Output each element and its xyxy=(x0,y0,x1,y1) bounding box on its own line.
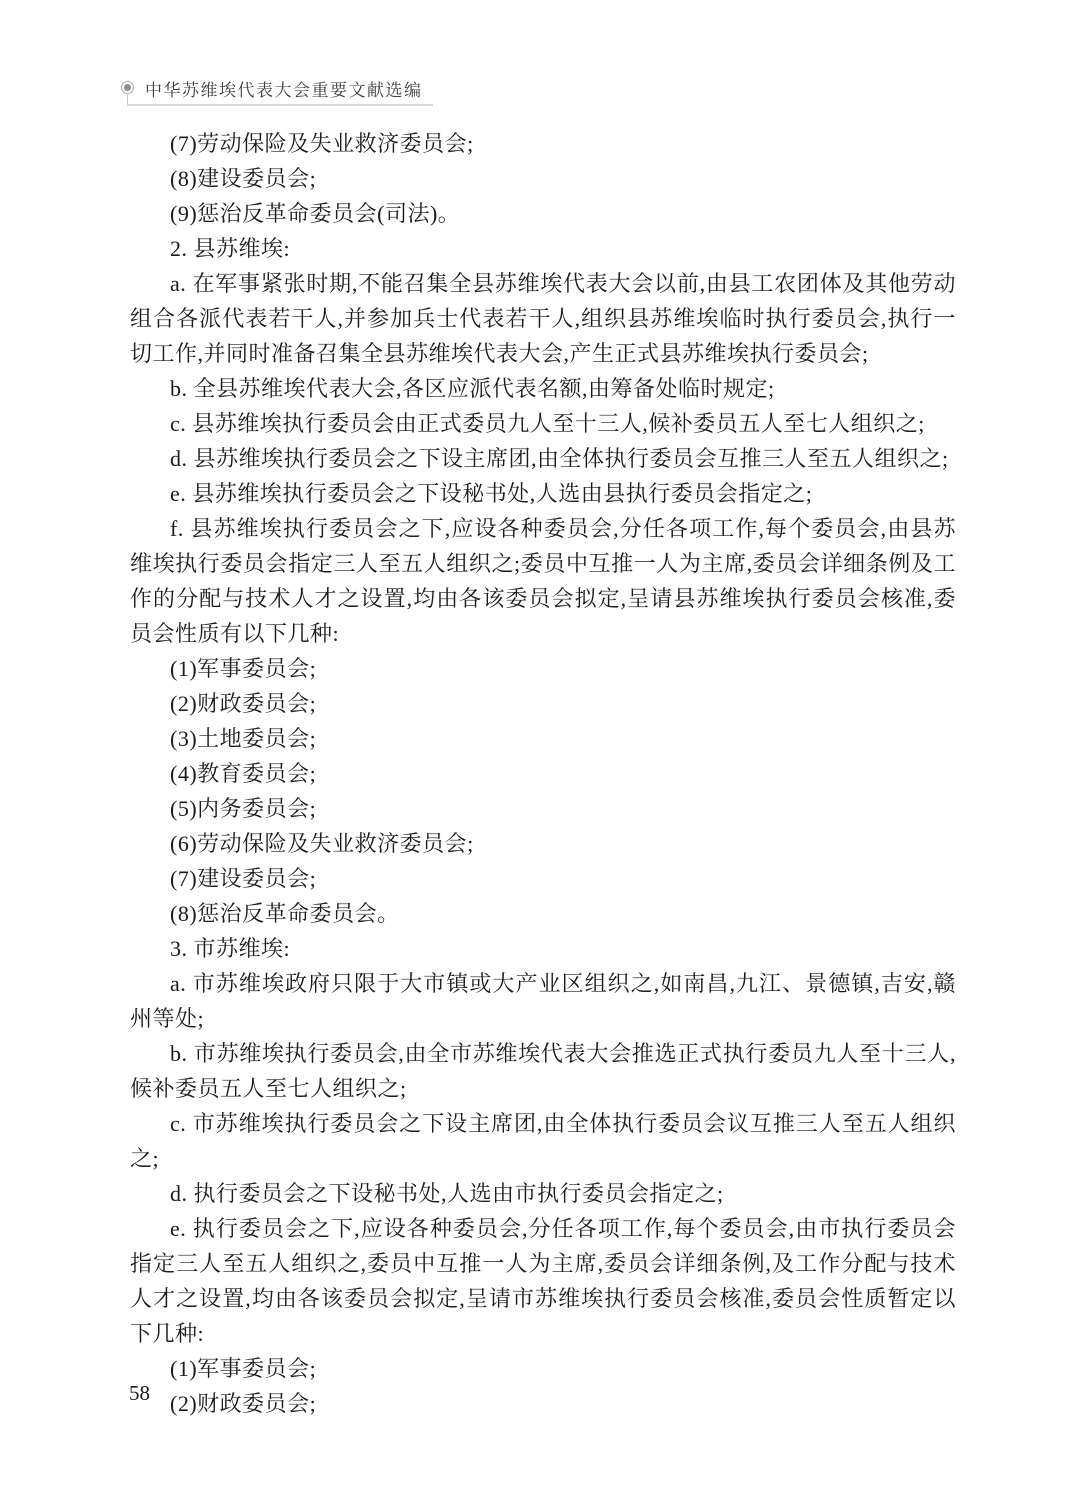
list-item: (8)惩治反革命委员会。 xyxy=(130,896,956,931)
page-footer: 58 xyxy=(129,1381,150,1406)
list-item: (2)财政委员会; xyxy=(130,1386,956,1421)
paragraph: d. 执行委员会之下设秘书处,人选由市执行委员会指定之; xyxy=(130,1176,956,1211)
list-item: (7)建设委员会; xyxy=(130,861,956,896)
page-number: 58 xyxy=(129,1381,150,1405)
paragraph: b. 市苏维埃执行委员会,由全市苏维埃代表大会推选正式执行委员九人至十三人,候补… xyxy=(130,1036,956,1106)
document-page: 中华苏维埃代表大会重要文献选编 (7)劳动保险及失业救济委员会;(8)建设委员会… xyxy=(0,0,1083,1508)
document-body: (7)劳动保险及失业救济委员会;(8)建设委员会;(9)惩治反革命委员会(司法)… xyxy=(130,126,956,1421)
page-header: 中华苏维埃代表大会重要文献选编 xyxy=(121,74,433,106)
list-item: (1)军事委员会; xyxy=(130,1351,956,1386)
list-item: (2)财政委员会; xyxy=(130,686,956,721)
list-item: (8)建设委员会; xyxy=(130,161,956,196)
paragraph: b. 全县苏维埃代表大会,各区应派代表名额,由筹备处临时规定; xyxy=(130,371,956,406)
list-item: (7)劳动保险及失业救济委员会; xyxy=(130,126,956,161)
paragraph: c. 市苏维埃执行委员会之下设主席团,由全体执行委员会议互推三人至五人组织之; xyxy=(130,1106,956,1176)
paragraph: a. 在军事紧张时期,不能召集全县苏维埃代表大会以前,由县工农团体及其他劳动组合… xyxy=(130,266,956,371)
list-item: (5)内务委员会; xyxy=(130,791,956,826)
paragraph: a. 市苏维埃政府只限于大市镇或大产业区组织之,如南昌,九江、景德镇,吉安,赣州… xyxy=(130,966,956,1036)
list-item: (9)惩治反革命委员会(司法)。 xyxy=(130,196,956,231)
section-heading: 3. 市苏维埃: xyxy=(130,931,956,966)
paragraph: f. 县苏维埃执行委员会之下,应设各种委员会,分任各项工作,每个委员会,由县苏维… xyxy=(130,511,956,651)
bullet-circle-icon xyxy=(121,81,134,94)
paragraph: e. 执行委员会之下,应设各种委员会,分任各项工作,每个委员会,由市执行委员会指… xyxy=(130,1211,956,1351)
section-heading: 2. 县苏维埃: xyxy=(130,231,956,266)
list-item: (1)军事委员会; xyxy=(130,651,956,686)
paragraph: e. 县苏维埃执行委员会之下设秘书处,人选由县执行委员会指定之; xyxy=(130,476,956,511)
book-title: 中华苏维埃代表大会重要文献选编 xyxy=(145,76,423,101)
paragraph: c. 县苏维埃执行委员会由正式委员九人至十三人,候补委员五人至七人组织之; xyxy=(130,406,956,441)
list-item: (6)劳动保险及失业救济委员会; xyxy=(130,826,956,861)
paragraph: d. 县苏维埃执行委员会之下设主席团,由全体执行委员会互推三人至五人组织之; xyxy=(130,441,956,476)
list-item: (3)土地委员会; xyxy=(130,721,956,756)
list-item: (4)教育委员会; xyxy=(130,756,956,791)
header-underline xyxy=(127,104,433,106)
